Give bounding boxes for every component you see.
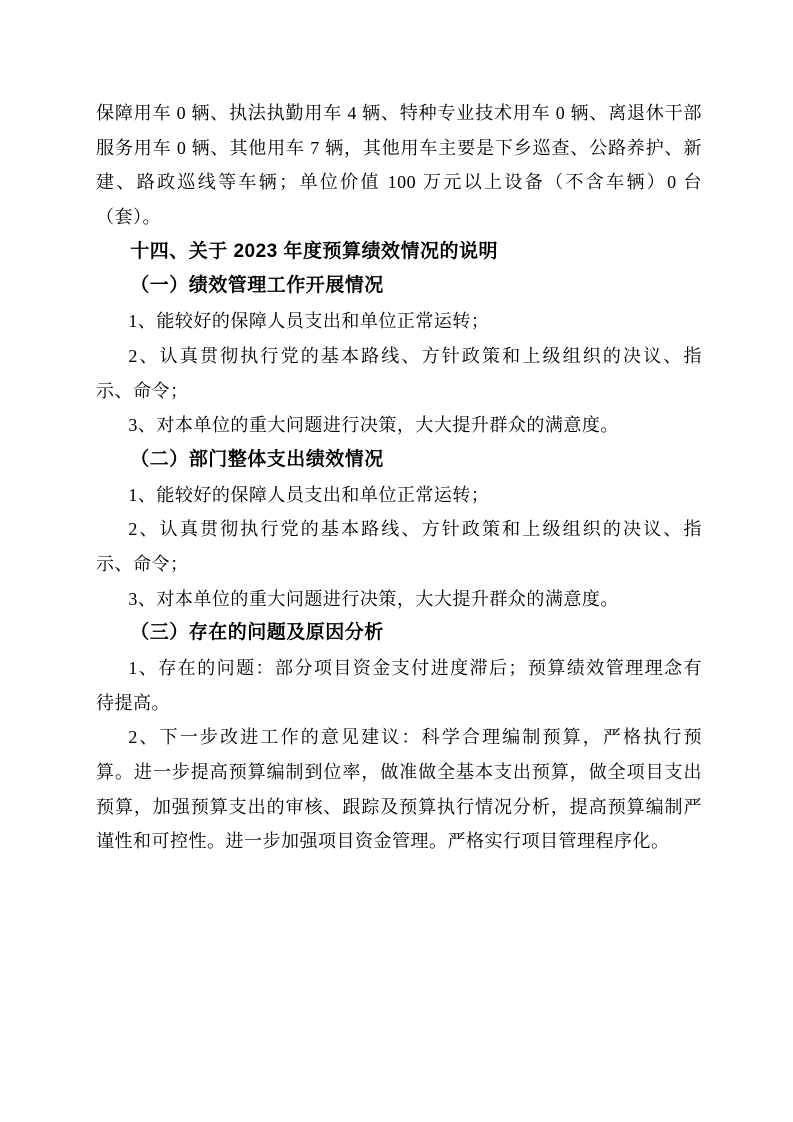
text-line: 预算，加强预算支出的审核、跟踪及预算执行情况分析，提高预算编制严	[96, 790, 702, 825]
paragraph: 2、下一步改进工作的意见建议：科学合理编制预算，严格执行预算。进一步提高预算编制…	[96, 720, 702, 859]
text-line: 算。进一步提高预算编制到位率，做准做全基本支出预算，做全项目支出	[96, 755, 702, 790]
paragraph: 2、认真贯彻执行党的基本路线、方针政策和上级组织的决议、指示、命令；	[96, 339, 702, 408]
text-line: 1、能较好的保障人员支出和单位正常运转；	[96, 304, 702, 339]
document-page: 保障用车 0 辆、执法执勤用车 4 辆、特种专业技术用车 0 辆、离退休干部服务…	[0, 0, 793, 1122]
paragraph: 保障用车 0 辆、执法执勤用车 4 辆、特种专业技术用车 0 辆、离退休干部服务…	[96, 96, 702, 235]
text-line: 示、命令；	[96, 374, 702, 409]
paragraph: 3、对本单位的重大问题进行决策，大大提升群众的满意度。	[96, 408, 702, 443]
text-line: 示、命令；	[96, 547, 702, 582]
subsection-heading: （三）存在的问题及原因分析	[96, 616, 702, 651]
paragraph: 3、对本单位的重大问题进行决策，大大提升群众的满意度。	[96, 582, 702, 617]
text-line: 2、认真贯彻执行党的基本路线、方针政策和上级组织的决议、指	[96, 512, 702, 547]
text-line: 1、能较好的保障人员支出和单位正常运转；	[96, 478, 702, 513]
paragraph: 1、能较好的保障人员支出和单位正常运转；	[96, 304, 702, 339]
text-line: 1、存在的问题：部分项目资金支付进度滞后；预算绩效管理理念有	[96, 651, 702, 686]
text-line: 服务用车 0 辆、其他用车 7 辆，其他用车主要是下乡巡查、公路养护、新	[96, 131, 702, 166]
section-heading: 十四、关于 2023 年度预算绩效情况的说明	[96, 235, 702, 270]
subsection-heading: （二）部门整体支出绩效情况	[96, 443, 702, 478]
text-line: （一）绩效管理工作开展情况	[96, 269, 702, 304]
text-line: 2、下一步改进工作的意见建议：科学合理编制预算，严格执行预	[96, 720, 702, 755]
text-line: 谨性和可控性。进一步加强项目资金管理。严格实行项目管理程序化。	[96, 824, 702, 859]
text-line: 保障用车 0 辆、执法执勤用车 4 辆、特种专业技术用车 0 辆、离退休干部	[96, 96, 702, 131]
subsection-heading: （一）绩效管理工作开展情况	[96, 269, 702, 304]
text-line: 待提高。	[96, 686, 702, 721]
paragraph: 1、存在的问题：部分项目资金支付进度滞后；预算绩效管理理念有待提高。	[96, 651, 702, 720]
text-line: 3、对本单位的重大问题进行决策，大大提升群众的满意度。	[96, 582, 702, 617]
paragraph: 2、认真贯彻执行党的基本路线、方针政策和上级组织的决议、指示、命令；	[96, 512, 702, 581]
document-body: 保障用车 0 辆、执法执勤用车 4 辆、特种专业技术用车 0 辆、离退休干部服务…	[96, 96, 702, 859]
text-line: 十四、关于 2023 年度预算绩效情况的说明	[96, 235, 702, 270]
paragraph: 1、能较好的保障人员支出和单位正常运转；	[96, 478, 702, 513]
text-line: 2、认真贯彻执行党的基本路线、方针政策和上级组织的决议、指	[96, 339, 702, 374]
text-line: （套）。	[96, 200, 702, 235]
text-line: 建、路政巡线等车辆；单位价值 100 万元以上设备（不含车辆）0 台	[96, 165, 702, 200]
text-line: （二）部门整体支出绩效情况	[96, 443, 702, 478]
text-line: 3、对本单位的重大问题进行决策，大大提升群众的满意度。	[96, 408, 702, 443]
text-line: （三）存在的问题及原因分析	[96, 616, 702, 651]
